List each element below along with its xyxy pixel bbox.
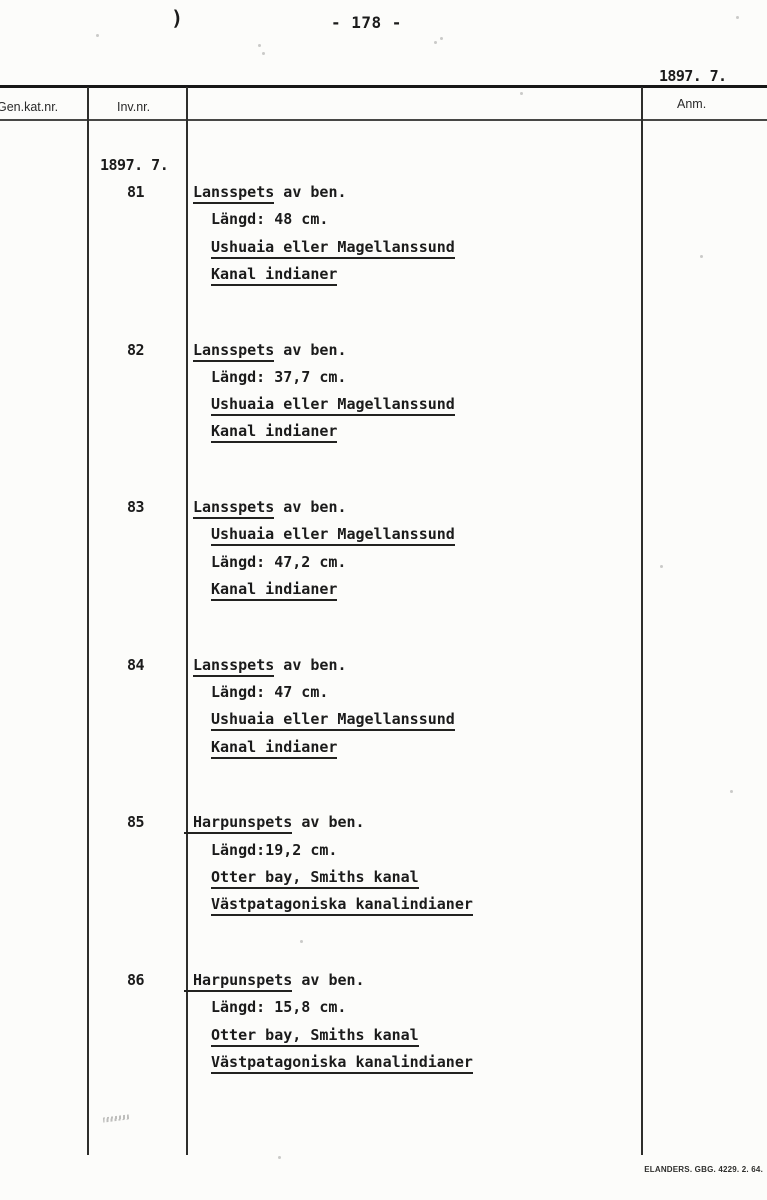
entry-line: Lansspets av ben. [193,183,455,210]
scan-speckle [278,1156,281,1159]
entry-line: Lansspets av ben. [193,341,455,368]
entry-line: Kanal indianer [211,422,455,449]
scan-speckle [700,255,703,258]
entry-line: Längd: 48 cm. [211,210,455,237]
entry-line: Otter bay, Smiths kanal [211,1026,473,1053]
entry-lines: Lansspets av ben.Längd: 47 cm.Ushuaia el… [193,656,455,765]
entry-line: Längd:19,2 cm. [211,841,473,868]
scan-speckle [258,44,261,47]
entry-line: Västpatagoniska kanalindianer [211,1053,473,1080]
entry-lines: Harpunspets av ben.Längd:19,2 cm.Otter b… [193,813,473,922]
entry-line: Kanal indianer [211,580,455,607]
entry-line: Lansspets av ben. [193,498,455,525]
scan-speckle [262,52,265,55]
scan-speckle [300,940,303,943]
scan-speckle [434,41,437,44]
entry-lines: Lansspets av ben.Längd: 37,7 cm.Ushuaia … [193,341,455,450]
entry-line: Lansspets av ben. [193,656,455,683]
inventory-number: 83 [127,498,144,516]
inventory-number: 82 [127,341,144,359]
entry-line: Västpatagoniska kanalindianer [211,895,473,922]
scan-speckle [660,565,663,568]
scan-speckle [730,790,733,793]
entry-lines: Lansspets av ben.Ushuaia eller Magellans… [193,498,455,607]
entry-line: Ushuaia eller Magellanssund [211,710,455,737]
entry-line: Otter bay, Smiths kanal [211,868,473,895]
entry-line: Ushuaia eller Magellanssund [211,238,455,265]
entry-line: Längd: 47 cm. [211,683,455,710]
entries: 81Lansspets av ben.Längd: 48 cm.Ushuaia … [0,0,767,1200]
printer-code: ELANDERS. GBG. 4229. 2. 64. [638,1165,763,1174]
inventory-number: 85 [127,813,144,831]
entry-lines: Lansspets av ben.Längd: 48 cm.Ushuaia el… [193,183,455,292]
scanned-catalog-page: ) - 178 - 1897. 7. Gen.kat.nr. Inv.nr. A… [0,0,767,1200]
scan-speckle [96,34,99,37]
entry-line: Ushuaia eller Magellanssund [211,395,455,422]
entry-line: Ushuaia eller Magellanssund [211,525,455,552]
inventory-number: 81 [127,183,144,201]
inventory-number: 86 [127,971,144,989]
entry-line: Harpunspets av ben. [193,813,473,840]
entry-line: Harpunspets av ben. [193,971,473,998]
scan-speckle [520,92,523,95]
scan-speckle [736,16,739,19]
entry-line: Längd: 15,8 cm. [211,998,473,1025]
entry-line: Längd: 47,2 cm. [211,553,455,580]
scan-speckle [440,37,443,40]
inventory-number: 84 [127,656,144,674]
entry-line: Kanal indianer [211,738,455,765]
entry-lines: Harpunspets av ben.Längd: 15,8 cm.Otter … [193,971,473,1080]
entry-line: Kanal indianer [211,265,455,292]
entry-line: Längd: 37,7 cm. [211,368,455,395]
